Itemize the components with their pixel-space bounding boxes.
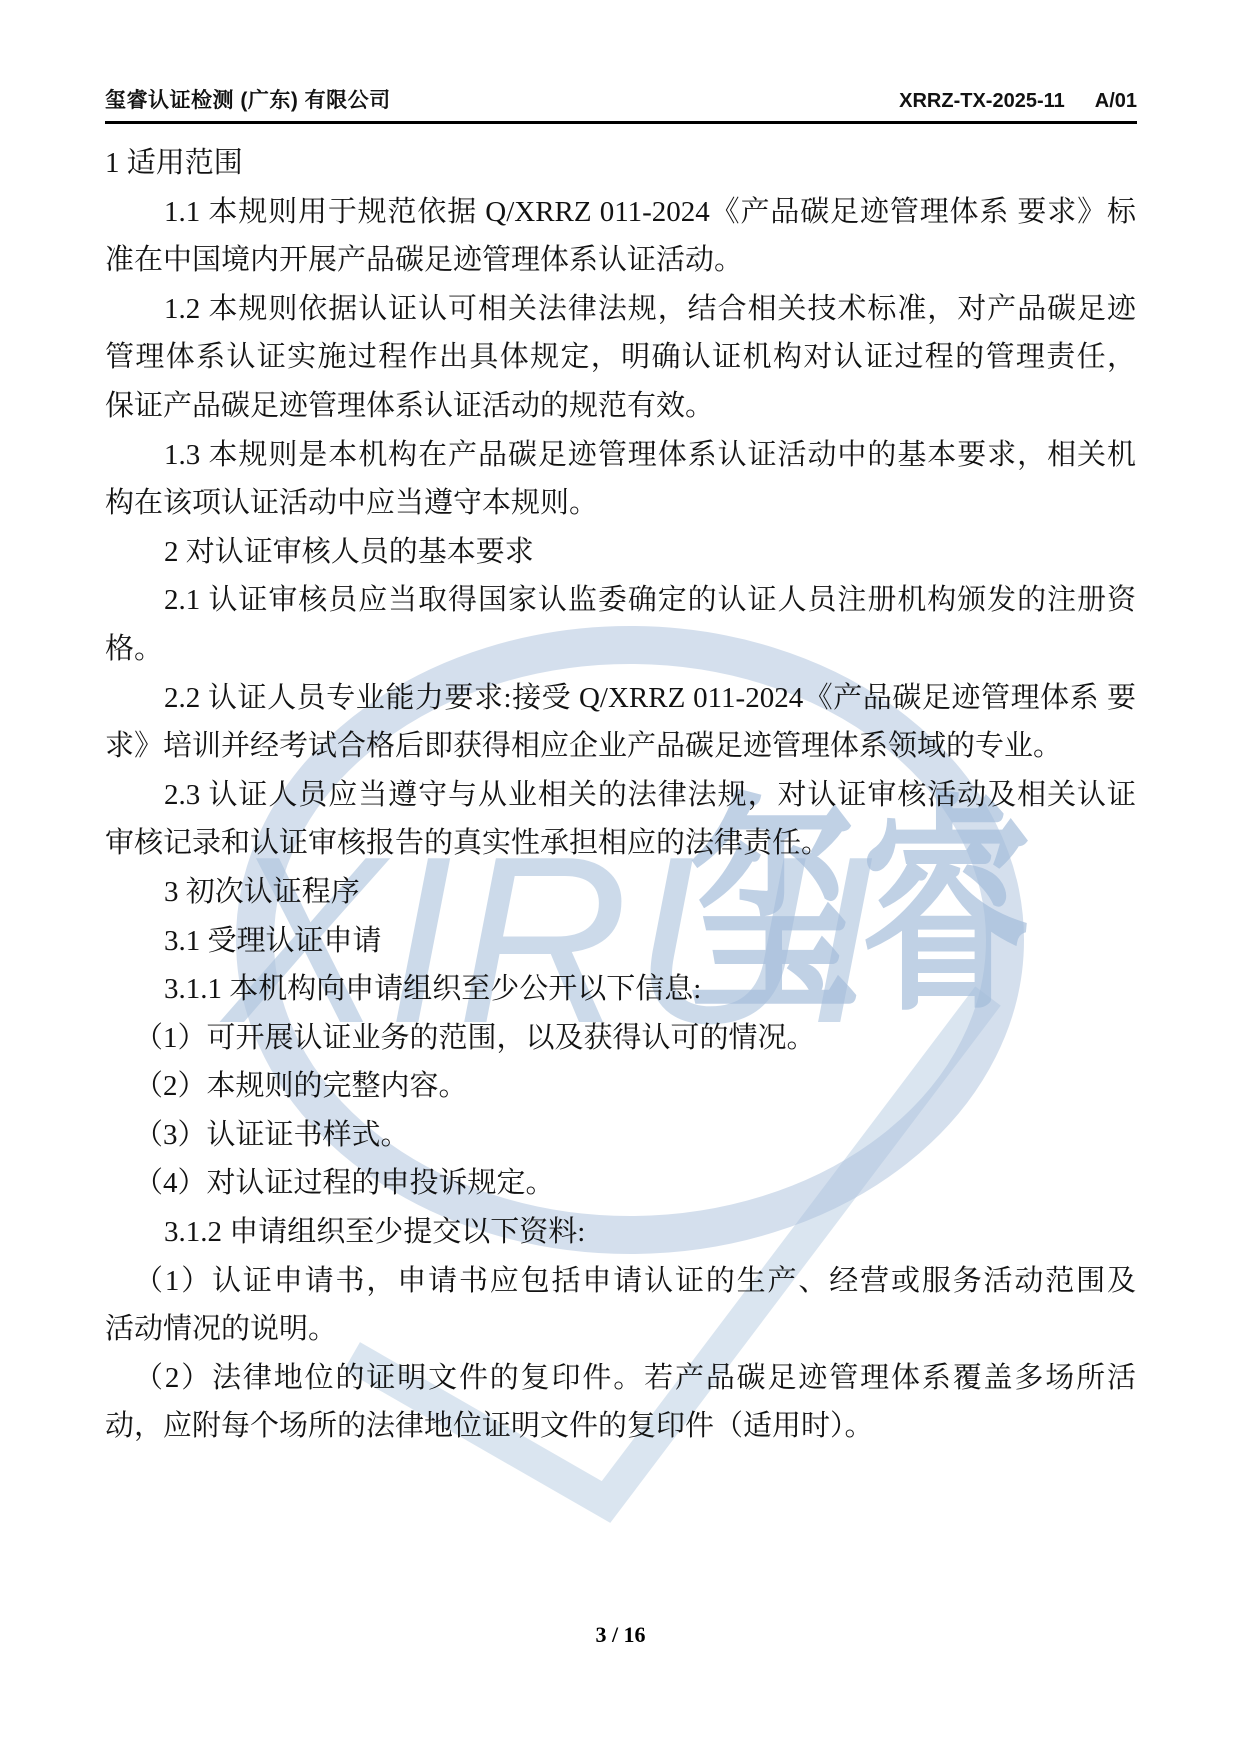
body-line: 3.1.1 本机构向申请组织至少公开以下信息: (105, 965, 1136, 1014)
header-rule (105, 121, 1137, 124)
body-line: （1）认证申请书，申请书应包括申请认证的生产、经营或服务活动范围及 (105, 1257, 1136, 1306)
body-line: （1）可开展认证业务的范围，以及获得认可的情况。 (105, 1014, 1136, 1063)
body-line: 活动情况的说明。 (105, 1305, 1136, 1354)
body-line: 保证产品碳足迹管理体系认证活动的规范有效。 (105, 382, 1136, 431)
body-line: 格。 (105, 625, 1136, 674)
document-code: XRRZ-TX-2025-11 A/01 (899, 90, 1137, 113)
page-header: 玺睿认证检测 (广东) 有限公司 XRRZ-TX-2025-11 A/01 (105, 84, 1137, 114)
page-number: 3 / 16 (595, 1622, 645, 1647)
body-line: 动，应附每个场所的法律地位证明文件的复印件（适用时）。 (105, 1402, 1136, 1451)
body-line: （4）对认证过程的申投诉规定。 (105, 1159, 1136, 1208)
company-name: 玺睿认证检测 (广东) 有限公司 (105, 84, 391, 114)
body-line: 求》培训并经考试合格后即获得相应企业产品碳足迹管理体系领域的专业。 (105, 722, 1136, 771)
body-line: 3 初次认证程序 (105, 868, 1136, 917)
body-line: （3）认证证书样式。 (105, 1111, 1136, 1160)
body-line: 2.3 认证人员应当遵守与从业相关的法律法规，对认证审核活动及相关认证 (105, 771, 1136, 820)
body-line: 1.1 本规则用于规范依据 Q/XRRZ 011-2024《产品碳足迹管理体系 … (105, 188, 1136, 237)
document-number: XRRZ-TX-2025-11 (899, 90, 1065, 113)
body-line: 1.2 本规则依据认证认可相关法律法规，结合相关技术标准，对产品碳足迹 (105, 285, 1136, 334)
body-line: 审核记录和认证审核报告的真实性承担相应的法律责任。 (105, 819, 1136, 868)
body-line: 准在中国境内开展产品碳足迹管理体系认证活动。 (105, 236, 1136, 285)
body-line: （2）本规则的完整内容。 (105, 1062, 1136, 1111)
body-line: 2.1 认证审核员应当取得国家认监委确定的认证人员注册机构颁发的注册资 (105, 576, 1136, 625)
body-line: 构在该项认证活动中应当遵守本规则。 (105, 479, 1136, 528)
body-line: 3.1.2 申请组织至少提交以下资料: (105, 1208, 1136, 1257)
body-line: 2 对认证审核人员的基本要求 (105, 528, 1136, 577)
body-line: 1.3 本规则是本机构在产品碳足迹管理体系认证活动中的基本要求，相关机 (105, 431, 1136, 480)
document-page: 玺睿认证检测 (广东) 有限公司 XRRZ-TX-2025-11 A/01 XI… (0, 0, 1241, 1754)
body-line: （2）法律地位的证明文件的复印件。若产品碳足迹管理体系覆盖多场所活 (105, 1354, 1136, 1403)
body-line: 管理体系认证实施过程作出具体规定，明确认证机构对认证过程的管理责任， (105, 333, 1136, 382)
body-line: 1 适用范围 (105, 139, 1136, 188)
document-revision: A/01 (1095, 90, 1137, 113)
body-line: 2.2 认证人员专业能力要求:接受 Q/XRRZ 011-2024《产品碳足迹管… (105, 674, 1136, 723)
body-line: 3.1 受理认证申请 (105, 917, 1136, 966)
page-footer: 3 / 16 (0, 1622, 1241, 1648)
document-body: 1 适用范围1.1 本规则用于规范依据 Q/XRRZ 011-2024《产品碳足… (105, 139, 1136, 1451)
